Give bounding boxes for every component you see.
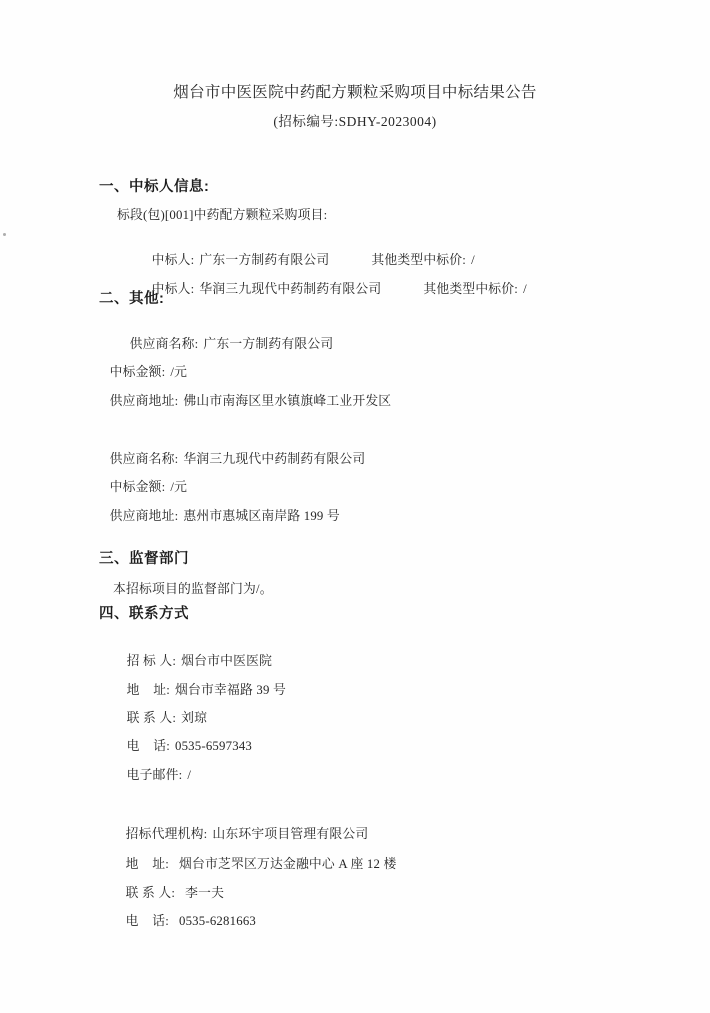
agency-label: 招标代理机构: xyxy=(126,827,208,841)
email-label: 电子邮件: xyxy=(127,768,183,782)
supplier-address-line: 供应商地址:惠州市惠城区南岸路 199 号 xyxy=(96,492,340,540)
document-page: 烟台市中医医院中药配方颗粒采购项目中标结果公告 (招标编号:SDHY-20230… xyxy=(0,0,710,1013)
email-value: / xyxy=(187,768,191,782)
tenderer-email-line: 电子邮件:/ xyxy=(113,751,191,799)
supplier-address: 惠州市惠城区南岸路 199 号 xyxy=(183,509,340,523)
winner-line: 中标人:华润三九现代中药制药有限公司其他类型中标价:/ xyxy=(138,265,527,313)
document-title: 烟台市中医医院中药配方颗粒采购项目中标结果公告 xyxy=(0,80,710,102)
document-subtitle: (招标编号:SDHY-2023004) xyxy=(0,110,710,130)
section-2-heading: 二、其他: xyxy=(99,291,164,308)
lot-line: 标段(包)[001]中药配方颗粒采购项目: xyxy=(117,207,327,223)
supplier-address-line: 供应商地址:佛山市南海区里水镇旗峰工业开发区 xyxy=(96,377,391,425)
other-price-label: 其他类型中标价: xyxy=(423,282,518,296)
section-3-heading: 三、监督部门 xyxy=(99,551,189,568)
phone-label: 电 话: xyxy=(126,914,169,928)
supplier-address-label: 供应商地址: xyxy=(110,509,179,523)
other-price-value: / xyxy=(523,282,527,296)
section-1-heading: 一、中标人信息: xyxy=(99,179,209,196)
section-4-heading: 四、联系方式 xyxy=(99,606,189,623)
supplier-address: 佛山市南海区里水镇旗峰工业开发区 xyxy=(183,394,391,408)
agency-value: 山东环宇项目管理有限公司 xyxy=(212,827,368,841)
supplier-address-label: 供应商地址: xyxy=(110,394,179,408)
scan-artifact-dot xyxy=(3,233,6,236)
supplier-name: 广东一方制药有限公司 xyxy=(203,337,333,351)
supervision-line: 本招标项目的监督部门为/。 xyxy=(113,581,273,597)
agency-phone-line: 电 话:0535-6281663 xyxy=(112,897,256,945)
phone-value: 0535-6281663 xyxy=(179,914,256,928)
winner-name: 华润三九现代中药制药有限公司 xyxy=(199,282,381,296)
supplier-name: 华润三九现代中药制药有限公司 xyxy=(183,452,365,466)
